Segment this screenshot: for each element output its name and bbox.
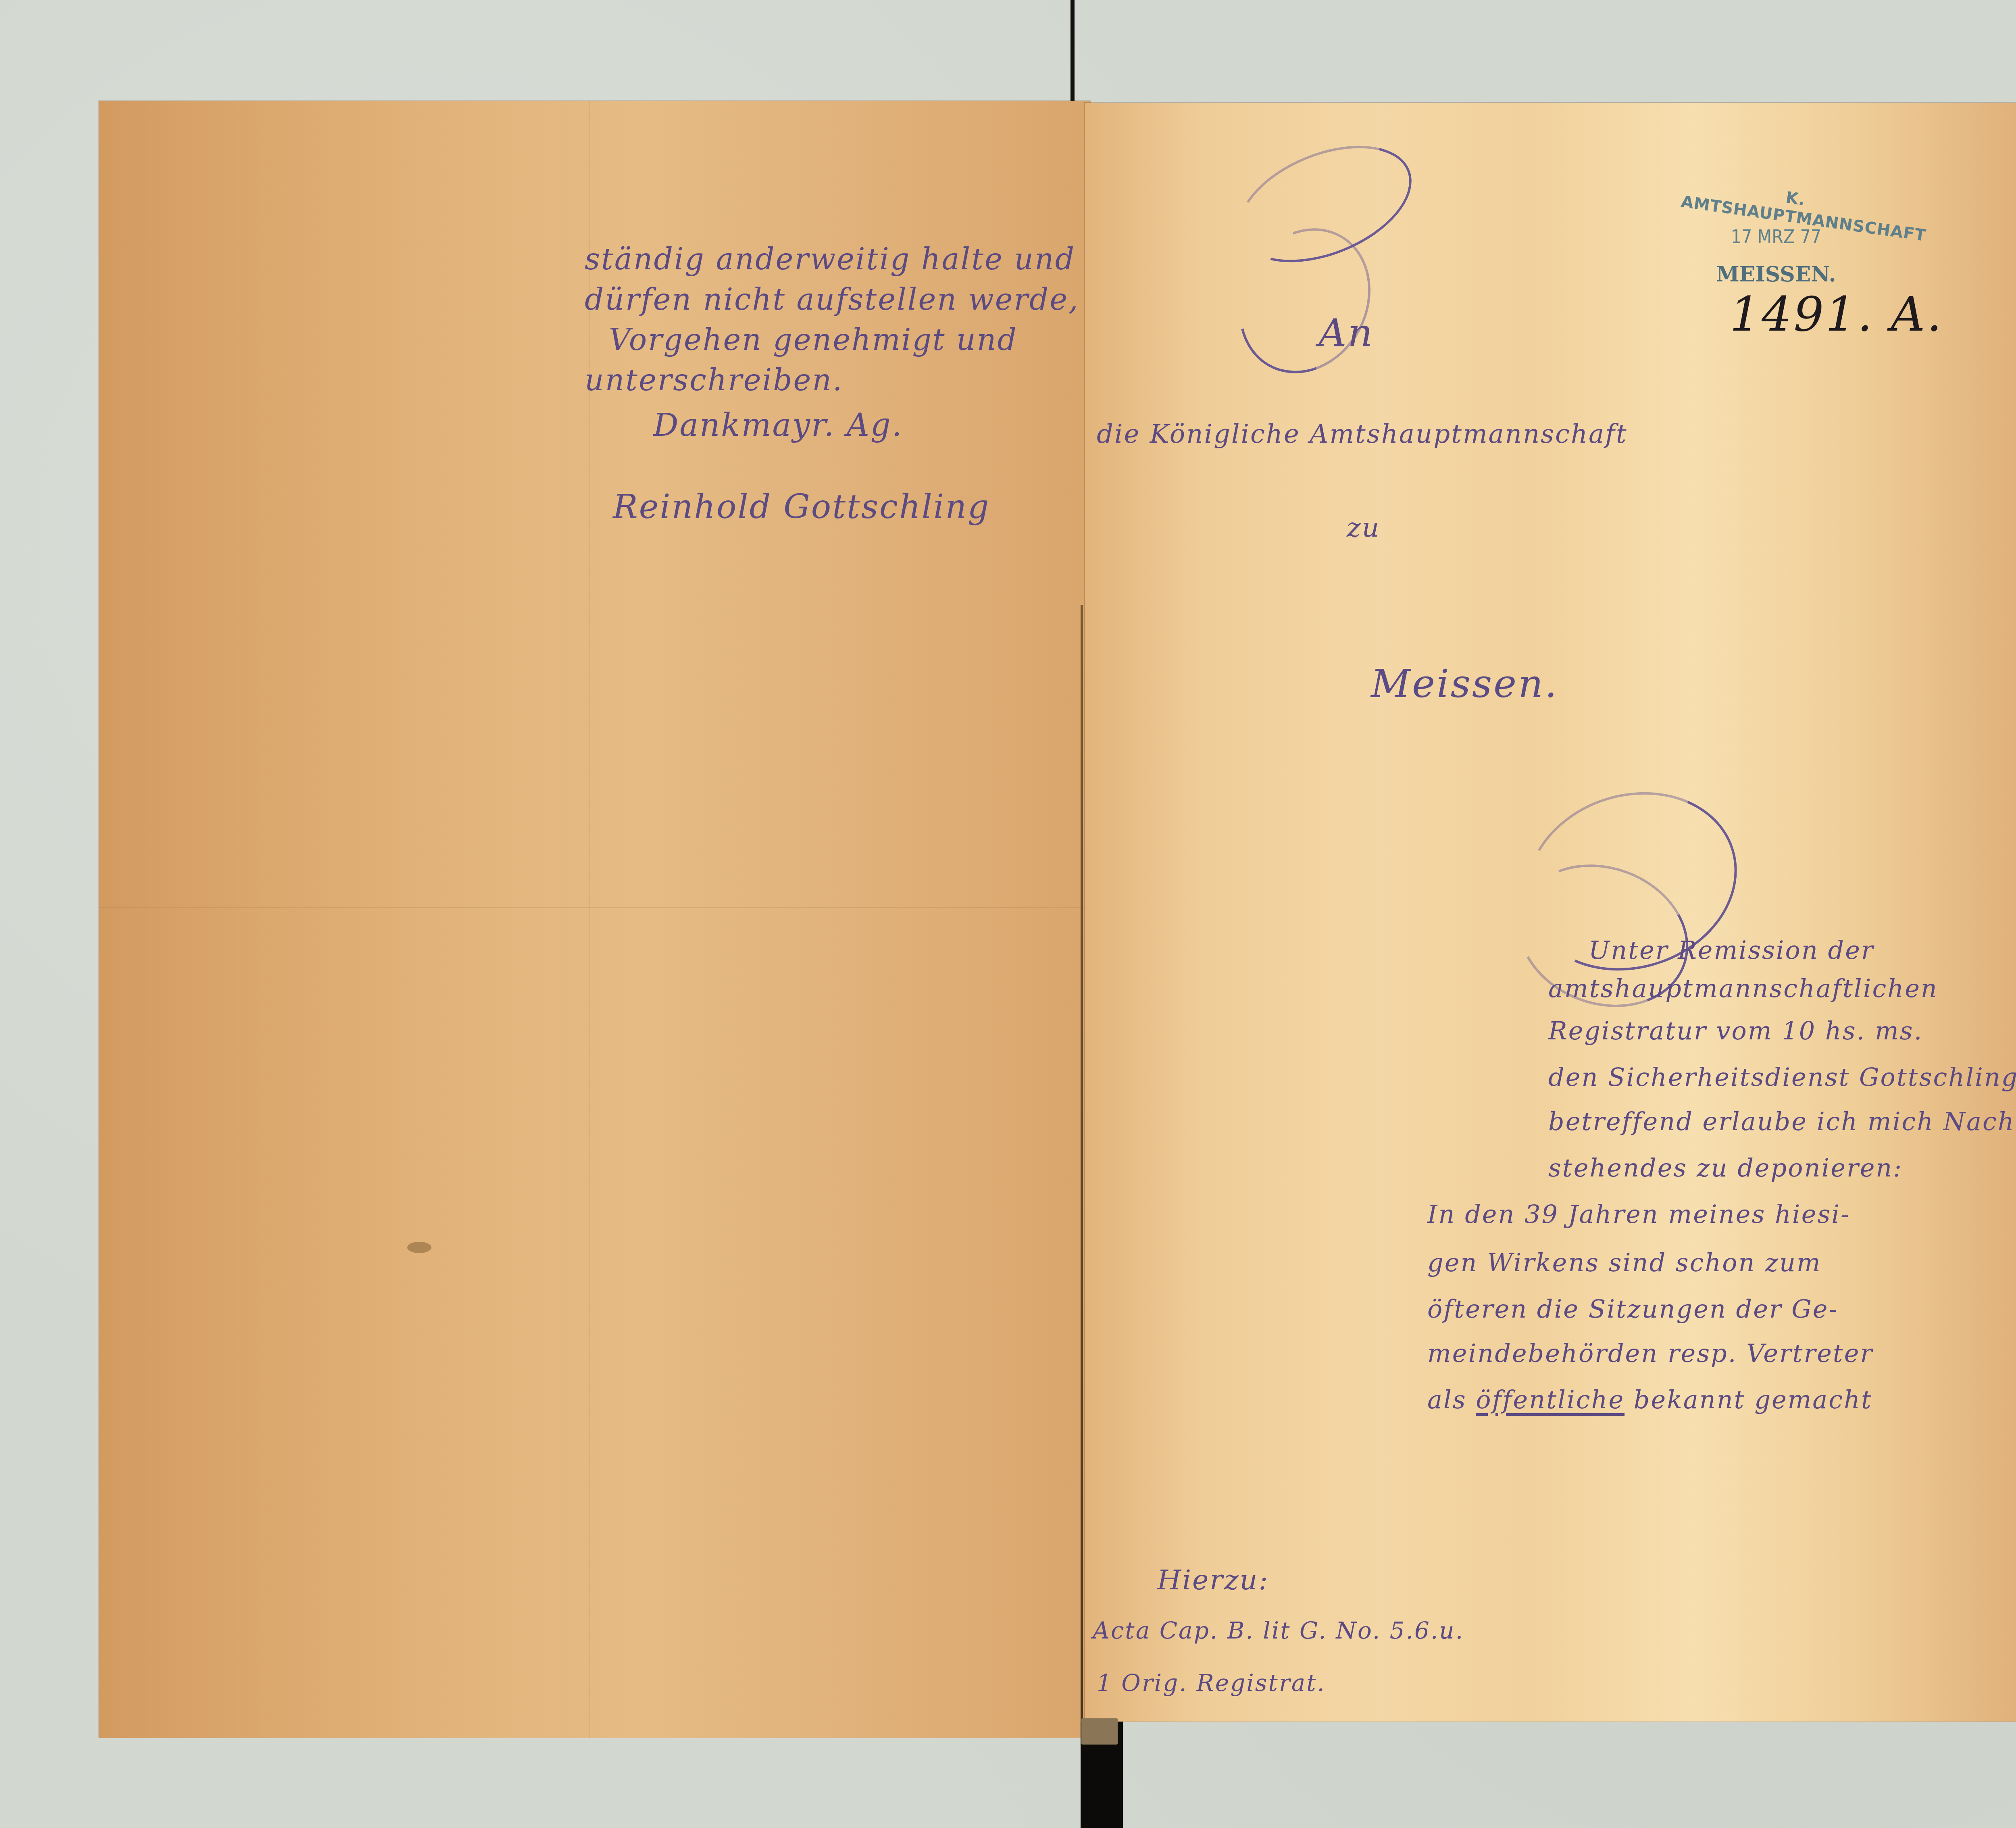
binding-seam xyxy=(1081,605,1083,1734)
left-page-line: Vorgehen genehmigt und xyxy=(609,323,1018,357)
body-line: gen Wirkens sind schon zum xyxy=(1427,1248,1822,1277)
binding-spine-top xyxy=(1070,0,1075,109)
enclosures-title: Hierzu: xyxy=(1157,1564,1269,1596)
body-line-underlined: als öffentliche bekannt gemacht xyxy=(1427,1385,1872,1414)
ink-stain xyxy=(407,1242,431,1253)
salutation-an: An xyxy=(1318,310,1374,356)
underlined-word: öffentliche xyxy=(1476,1385,1624,1414)
stamp-date: 17 MRZ 77 xyxy=(1712,226,1841,248)
stamp-city: MEISSEN. xyxy=(1704,262,1849,287)
body-line: Registratur vom 10 hs. ms. xyxy=(1548,1016,1923,1045)
left-page-line: ständig anderweitig halte und xyxy=(585,242,1075,277)
address-zu: zu xyxy=(1347,512,1380,543)
body-line: In den 39 Jahren meines hiesi- xyxy=(1427,1199,1850,1229)
address-line: die Königliche Amtshauptmannschaft xyxy=(1097,419,1628,449)
body-line: betreffend erlaube ich mich Nach- xyxy=(1548,1107,2016,1136)
address-city: Meissen. xyxy=(1371,661,1559,706)
body-line: den Sicherheitsdienst Gottschling xyxy=(1548,1062,2016,1092)
body-line: amtshauptmannschaftlichen xyxy=(1548,974,1938,1003)
left-page-line: unterschreiben. xyxy=(585,363,843,398)
enclosure-item: 1 Orig. Registrat. xyxy=(1097,1669,1326,1697)
body-line: öfteren die Sitzungen der Ge- xyxy=(1427,1294,1838,1324)
registration-number: 1491. A. xyxy=(1730,286,1943,342)
left-page-line: dürfen nicht aufstellen werde, xyxy=(585,282,1079,317)
signature: Reinhold Gottschling xyxy=(613,488,990,526)
body-line: meindebehörden resp. Vertreter xyxy=(1427,1339,1873,1368)
enclosure-item: Acta Cap. B. lit G. No. 5.6.u. xyxy=(1093,1617,1464,1644)
body-line: stehendes zu deponieren: xyxy=(1548,1153,1903,1183)
binding-tab xyxy=(1081,1718,1118,1745)
closing-note: Dankmayr. Ag. xyxy=(653,407,903,443)
body-line: Unter Remission der xyxy=(1589,935,1874,965)
